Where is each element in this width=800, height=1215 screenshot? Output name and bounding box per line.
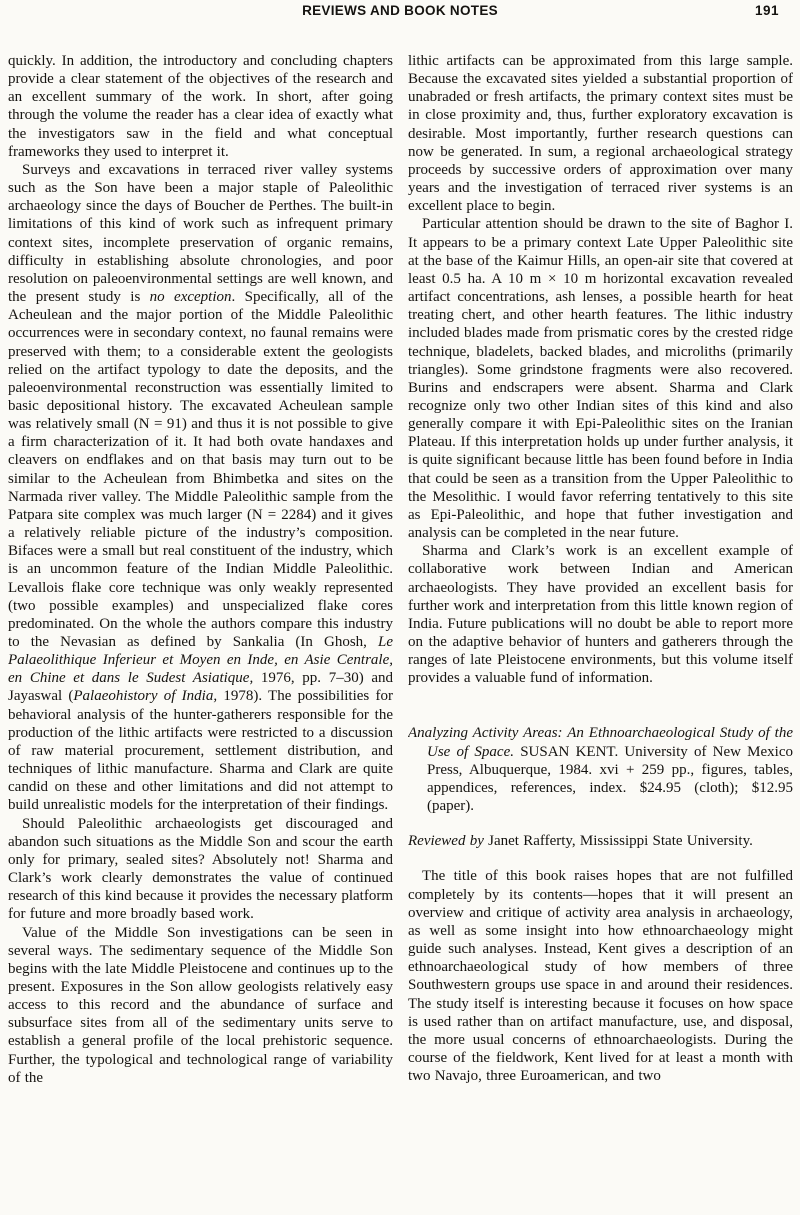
paragraph-value-middle-son: Value of the Middle Son investigations c… xyxy=(8,924,393,1087)
italic-text-segment: Reviewed by xyxy=(408,833,484,849)
text-segment: The title of this book raises hopes that… xyxy=(408,868,793,1084)
italic-text-segment: no exception xyxy=(150,289,232,305)
text-segment: . Specifically, all of the Acheulean and… xyxy=(8,289,393,650)
paragraph-collaborative: Sharma and Clark’s work is an excellent … xyxy=(408,542,793,687)
text-segment: 1978). The possibilities for behavioral … xyxy=(8,688,393,813)
page-header: REVIEWS AND BOOK NOTES 191 xyxy=(0,3,800,21)
paragraph-continuation: quickly. In addition, the introductory a… xyxy=(8,52,393,161)
running-head-title: REVIEWS AND BOOK NOTES xyxy=(0,3,800,18)
text-segment: Sharma and Clark’s work is an excellent … xyxy=(408,543,793,686)
text-columns: quickly. In addition, the introductory a… xyxy=(8,52,793,1215)
text-segment: quickly. In addition, the introductory a… xyxy=(8,53,393,160)
reviewer-line: Reviewed by Janet Rafferty, Mississippi … xyxy=(408,832,793,850)
paragraph-baghor: Particular attention should be drawn to … xyxy=(408,215,793,542)
paragraph-surveys: Surveys and excavations in terraced rive… xyxy=(8,161,393,815)
text-segment: Should Paleolithic archaeologists get di… xyxy=(8,816,393,923)
text-segment: lithic artifacts can be approximated fro… xyxy=(408,53,793,214)
right-column: lithic artifacts can be approximated fro… xyxy=(408,52,793,1215)
text-segment: Value of the Middle Son investigations c… xyxy=(8,925,393,1086)
text-segment: Surveys and excavations in terraced rive… xyxy=(8,162,393,305)
page-number: 191 xyxy=(755,3,779,18)
paragraph-title-hopes: The title of this book raises hopes that… xyxy=(408,867,793,1085)
italic-text-segment: Palaeohistory of India, xyxy=(73,688,217,704)
book-citation: Analyzing Activity Areas: An Ethnoarchae… xyxy=(408,724,793,815)
paragraph-lithic-artifacts: lithic artifacts can be approximated fro… xyxy=(408,52,793,215)
text-segment: Particular attention should be drawn to … xyxy=(408,216,793,541)
left-column: quickly. In addition, the introductory a… xyxy=(8,52,393,1215)
text-segment: Janet Rafferty, Mississippi State Univer… xyxy=(484,833,753,849)
journal-page: REVIEWS AND BOOK NOTES 191 quickly. In a… xyxy=(0,0,800,1215)
paragraph-should-paleolithic: Should Paleolithic archaeologists get di… xyxy=(8,815,393,924)
